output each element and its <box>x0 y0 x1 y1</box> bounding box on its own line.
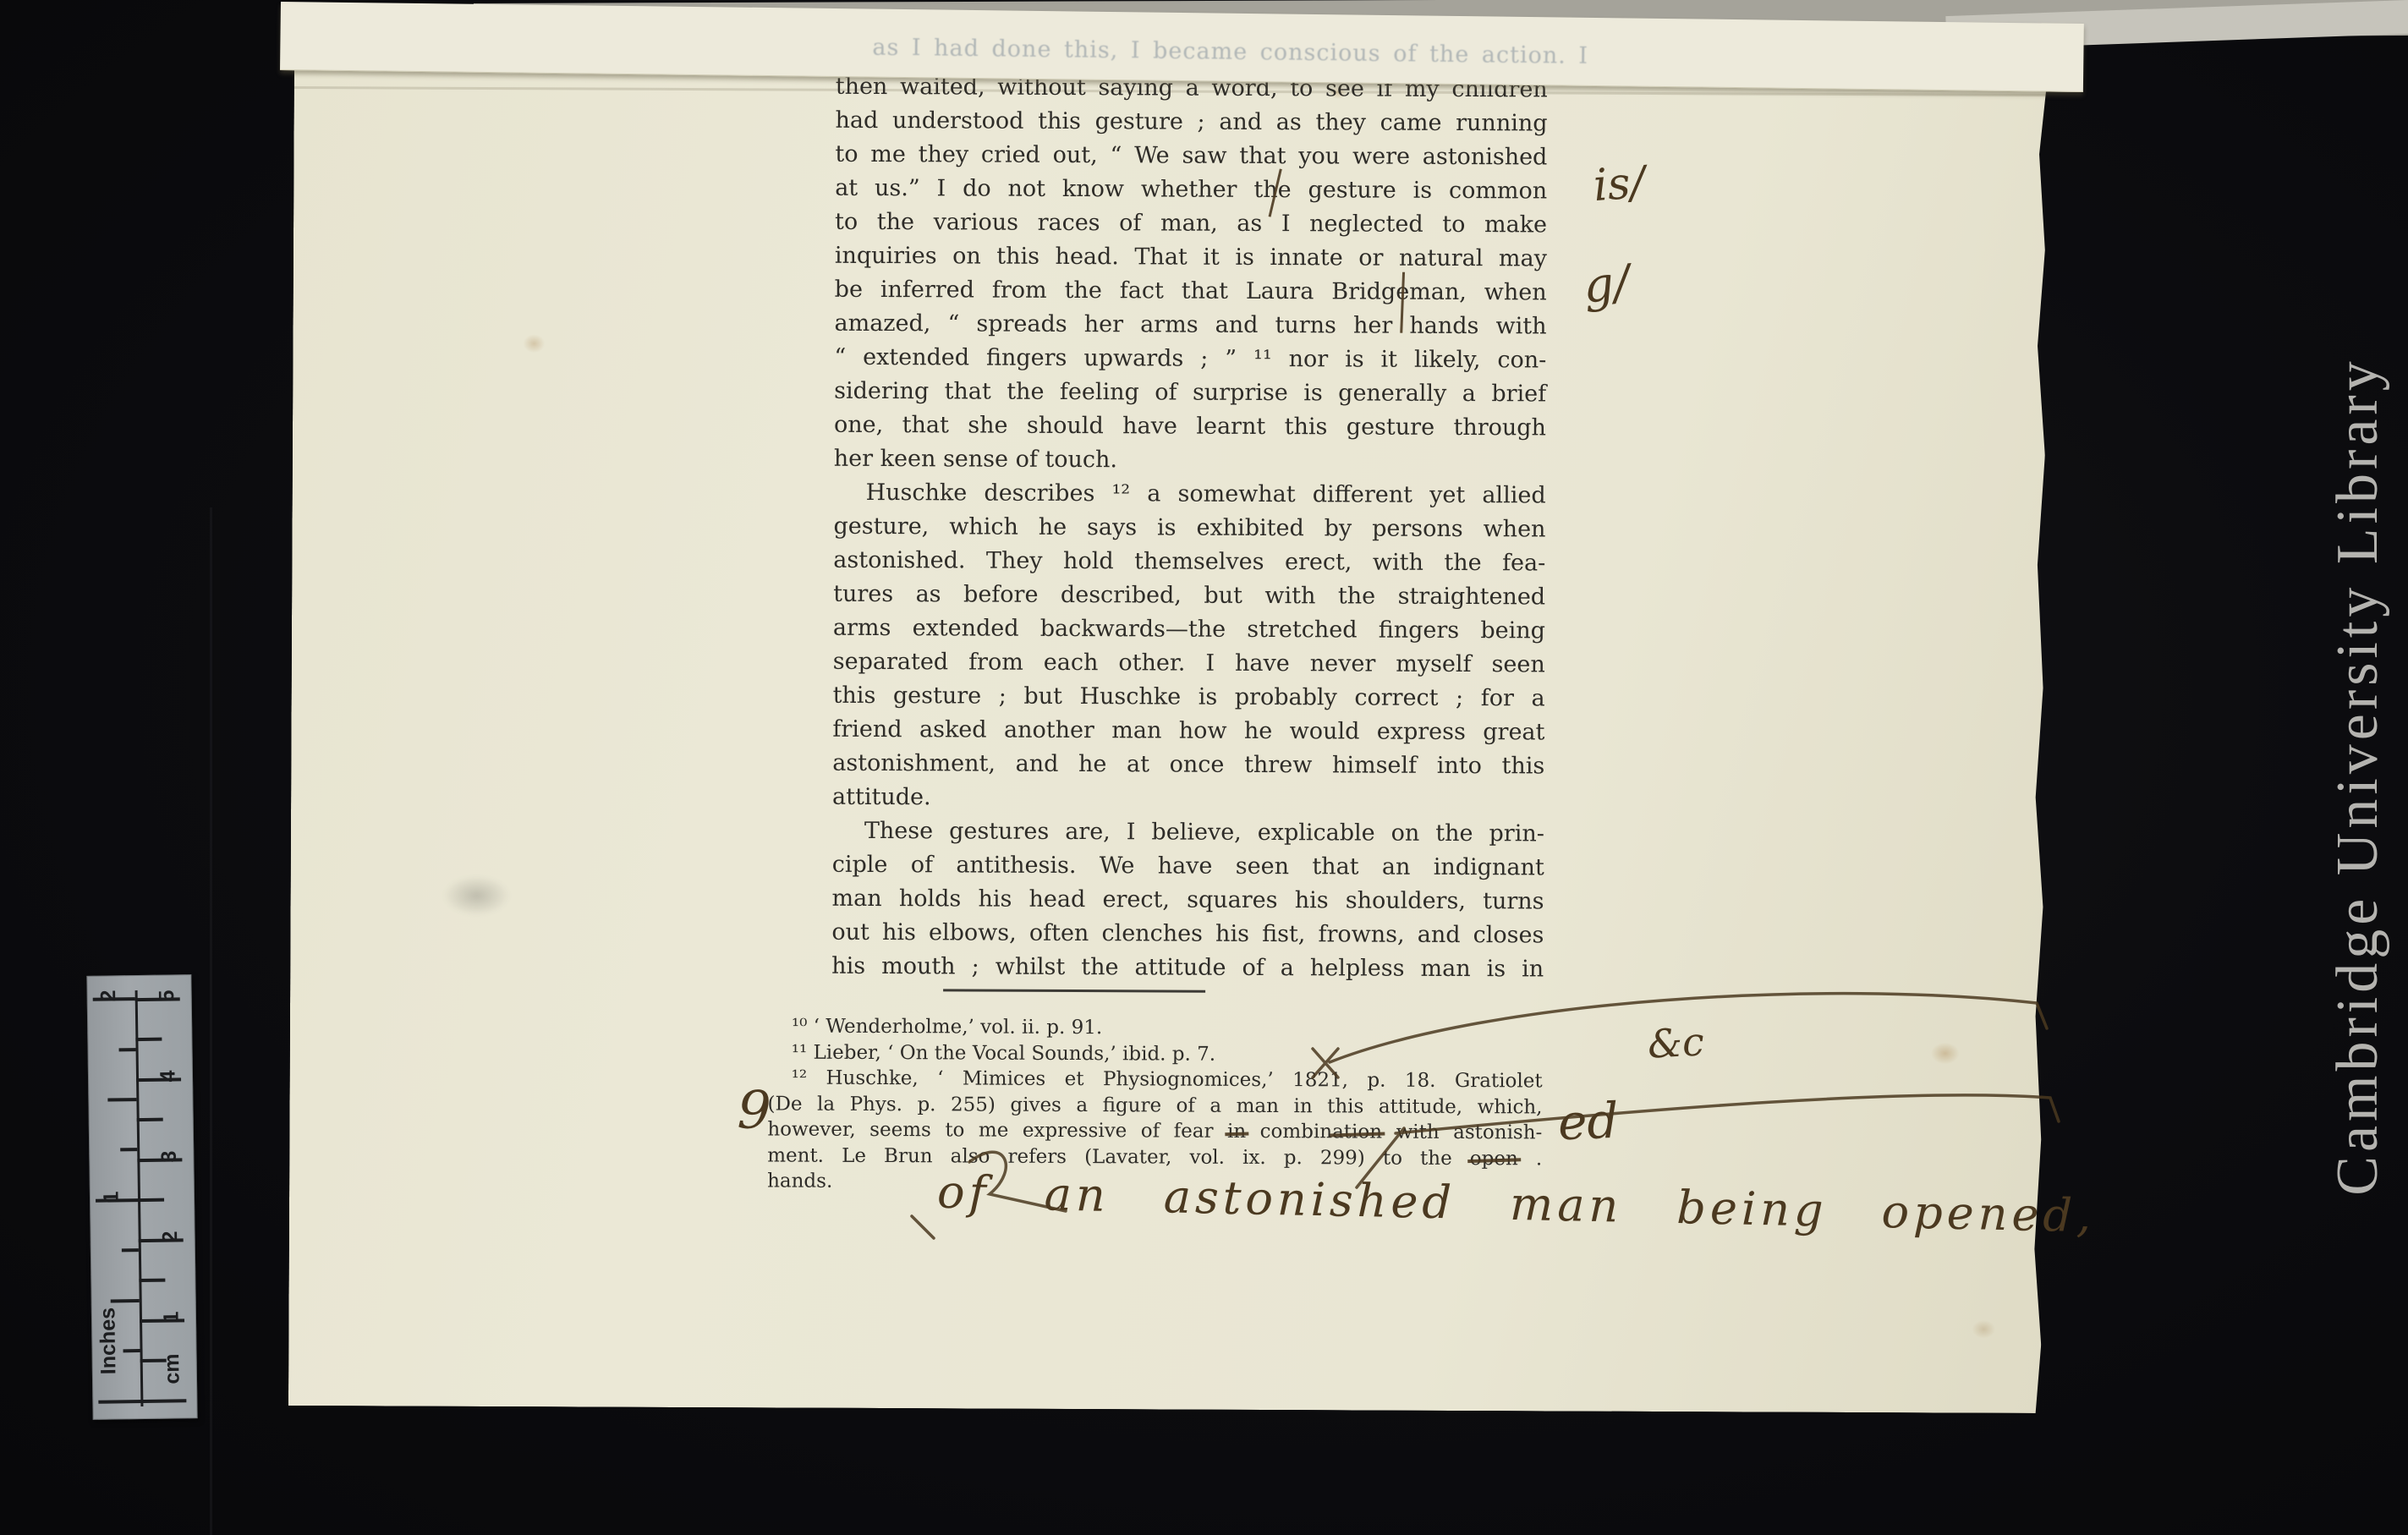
cradle-seam <box>210 507 212 1535</box>
text-line: her keen sense of touch. <box>834 442 1546 480</box>
footnote-separator <box>943 989 1205 992</box>
text-line: attitude. <box>832 781 1544 818</box>
text-line: ment. Le Brun also refers (Lavater, vol.… <box>767 1143 1542 1171</box>
text-line: “ extended fingers upwards ; ” ¹¹ nor is… <box>834 341 1546 378</box>
text-line: out his elbows, often clenches his fist,… <box>831 916 1544 953</box>
measurement-ruler: 1212345Inchescm <box>86 974 197 1420</box>
text-line: man holds his head erect, squares his sh… <box>831 882 1544 919</box>
text-line: at us.” I do not know whether the gestur… <box>835 172 1547 209</box>
text-line: one, that she should have learnt this ge… <box>834 408 1546 446</box>
ruler-number: 4 <box>156 1070 180 1082</box>
foxing-spot <box>523 334 545 353</box>
ruler-cm-label: cm <box>160 1353 185 1384</box>
text-line: separated from each other. I have never … <box>833 645 1545 683</box>
ruler-number: 5 <box>155 990 179 1001</box>
ruler-tick <box>123 1349 140 1352</box>
text-line: ¹² Huschke, ‘ Mimices et Physiognomices,… <box>768 1065 1543 1094</box>
text-line: astonishment, and he at once threw himse… <box>832 747 1544 784</box>
foxing-spot <box>1972 1320 1995 1339</box>
text-line: to me they cried out, “ We saw that you … <box>835 138 1547 175</box>
text-line: inquiries on this head. That it is innat… <box>835 239 1547 277</box>
text-line: ¹⁰ ‘ Wenderholme,’ vol. ii. p. 91. <box>768 1013 1543 1042</box>
ruler-number: 2 <box>96 990 121 1001</box>
showthrough-text: as I had done this, I became conscious o… <box>872 35 1802 72</box>
text-line: Huschke describes ¹² a somewhat differen… <box>834 476 1546 513</box>
struck-word: ation <box>1332 1121 1382 1143</box>
foxing-spot <box>1931 1042 1960 1064</box>
page-smudge <box>442 875 510 916</box>
margin-note-is: is/ <box>1592 157 1647 211</box>
margin-note-nine: 9 <box>737 1078 772 1141</box>
text-line: astonished. They hold themselves erect, … <box>833 544 1545 581</box>
margin-note-ed: ed <box>1557 1092 1620 1151</box>
struck-word: in <box>1227 1121 1246 1143</box>
text-line: ciple of antithesis. We have seen that a… <box>832 848 1544 885</box>
text-line: had understood this gesture ; and as the… <box>835 104 1547 141</box>
pen-marked-word: e <box>1396 279 1409 305</box>
text-line: ¹¹ Lieber, ‘ On the Vocal Sounds,’ ibid.… <box>768 1039 1543 1068</box>
text-line: his mouth ; whilst the attitude of a hel… <box>831 950 1544 987</box>
photo-stage: then waited, without saying a word, to s… <box>0 0 2408 1535</box>
margin-note-etc: &c <box>1647 1018 1705 1066</box>
ruler-tick <box>122 1248 139 1252</box>
text-line: friend asked another man how he would ex… <box>832 713 1544 750</box>
ruler-tick <box>107 1098 136 1101</box>
text-line: to the various races of man, as I neglec… <box>835 206 1547 243</box>
text-line: tures as before described, but with the … <box>833 578 1545 615</box>
margin-note-dele: g/ <box>1581 255 1632 314</box>
ruler-tick <box>138 1198 164 1202</box>
ruler-number: 1 <box>99 1191 123 1203</box>
pen-marked-word: the <box>1253 177 1291 203</box>
text-line: sidering that the feeling of surprise is… <box>834 375 1546 412</box>
ruler-tick <box>111 1299 140 1302</box>
ruler-tick <box>119 1048 136 1051</box>
text-line: (De la Phys. p. 255) gives a figure of a… <box>767 1091 1542 1120</box>
text-line: gesture, which he says is exhibited by p… <box>833 510 1545 547</box>
ruler-tick <box>135 1038 162 1041</box>
printed-text-column: then waited, without saying a word, to s… <box>831 70 1548 987</box>
text-line: however, seems to me expressive of fear … <box>767 1116 1542 1145</box>
ruler-number: 1 <box>159 1311 184 1323</box>
struck-word: open <box>1470 1148 1518 1170</box>
ruler-number: 3 <box>157 1150 182 1162</box>
ruler-tick <box>139 1279 165 1282</box>
ruler-tick <box>120 1148 137 1151</box>
text-line: These gestures are, I believe, explicabl… <box>832 814 1544 852</box>
text-line: this gesture ; but Huschke is probably c… <box>833 679 1545 716</box>
text-line: arms extended backwards—the stretched fi… <box>833 611 1545 649</box>
text-line: amazed, “ spreads her arms and turns her… <box>834 307 1546 344</box>
ruler-inches-label: Inches <box>96 1307 121 1375</box>
ruler-baseline <box>98 1399 186 1403</box>
library-watermark: Cambridge University Library <box>2324 357 2392 1195</box>
ruler-tick <box>137 1118 163 1121</box>
ruler-number: 2 <box>158 1231 183 1242</box>
text-line: be inferred from the fact that Laura Bri… <box>835 273 1547 310</box>
